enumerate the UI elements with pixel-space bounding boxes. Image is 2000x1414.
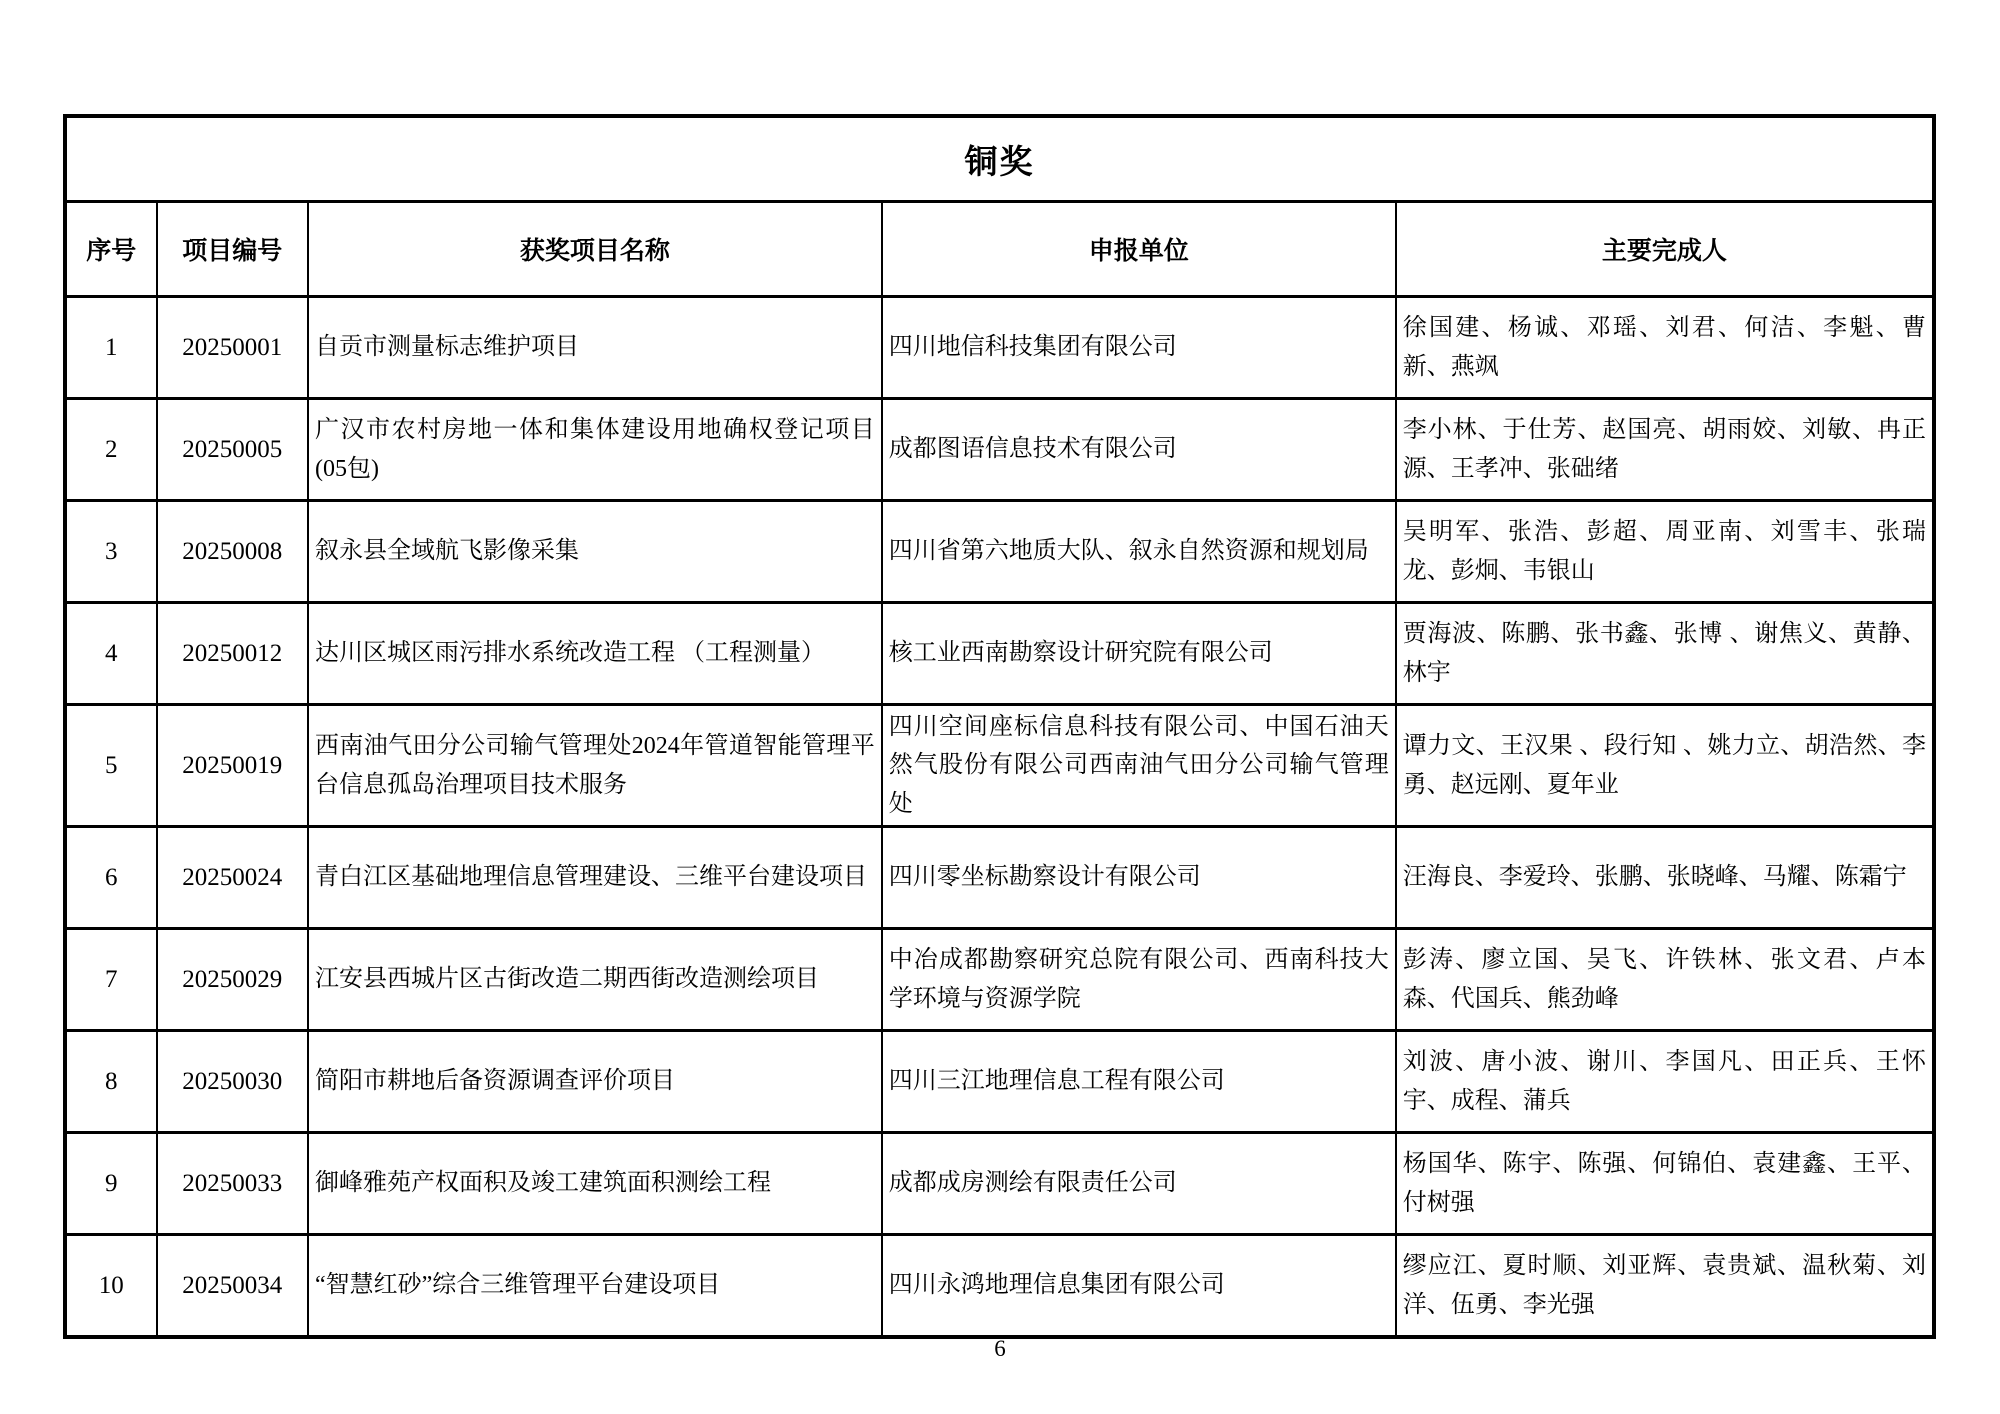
project-code-cell: 20250029	[157, 929, 308, 1031]
project-name-cell: 广汉市农村房地一体和集体建设用地确权登记项目(05包)	[308, 399, 882, 501]
completers-cell: 刘波、唐小波、谢川、李国凡、田正兵、王怀宇、成程、蒲兵	[1396, 1031, 1934, 1133]
applicant-org-cell: 成都成房测绘有限责任公司	[882, 1133, 1396, 1235]
table-row: 3 20250008 叙永县全域航飞影像采集 四川省第六地质大队、叙永自然资源和…	[65, 501, 1934, 603]
header-row: 序号项目编号获奖项目名称申报单位主要完成人	[65, 202, 1934, 297]
applicant-org-cell: 四川零坐标勘察设计有限公司	[882, 827, 1396, 929]
completers-cell: 贾海波、陈鹏、张书鑫、张博 、谢焦义、黄静、林宇	[1396, 603, 1934, 705]
title-row: 铜奖	[65, 116, 1934, 202]
table-row: 2 20250005 广汉市农村房地一体和集体建设用地确权登记项目(05包) 成…	[65, 399, 1934, 501]
project-code-cell: 20250001	[157, 297, 308, 399]
project-code-cell: 20250033	[157, 1133, 308, 1235]
column-header: 主要完成人	[1396, 202, 1934, 297]
project-code-cell: 20250030	[157, 1031, 308, 1133]
completers-cell: 杨国华、陈宇、陈强、何锦伯、袁建鑫、王平、付树强	[1396, 1133, 1934, 1235]
project-name-cell: 江安县西城片区古街改造二期西街改造测绘项目	[308, 929, 882, 1031]
applicant-org-cell: 四川空间座标信息科技有限公司、中国石油天然气股份有限公司西南油气田分公司输气管理…	[882, 705, 1396, 827]
project-name-cell: “智慧红砂”综合三维管理平台建设项目	[308, 1235, 882, 1338]
column-header: 申报单位	[882, 202, 1396, 297]
project-name-cell: 简阳市耕地后备资源调查评价项目	[308, 1031, 882, 1133]
table-row: 4 20250012 达川区城区雨污排水系统改造工程 （工程测量） 核工业西南勘…	[65, 603, 1934, 705]
completers-cell: 吴明军、张浩、彭超、周亚南、刘雪丰、张瑞龙、彭炯、韦银山	[1396, 501, 1934, 603]
bronze-award-table: 铜奖 序号项目编号获奖项目名称申报单位主要完成人 1 20250001 自贡市测…	[63, 114, 1936, 1339]
completers-cell: 徐国建、杨诚、邓瑶、刘君、何洁、李魁、曹新、燕飒	[1396, 297, 1934, 399]
row-number-cell: 4	[65, 603, 157, 705]
completers-cell: 谭力文、王汉果 、段行知 、姚力立、胡浩然、李勇、赵远刚、夏年业	[1396, 705, 1934, 827]
project-code-cell: 20250034	[157, 1235, 308, 1338]
applicant-org-cell: 四川省第六地质大队、叙永自然资源和规划局	[882, 501, 1396, 603]
project-code-cell: 20250008	[157, 501, 308, 603]
table-title: 铜奖	[65, 116, 1934, 202]
row-number-cell: 9	[65, 1133, 157, 1235]
row-number-cell: 7	[65, 929, 157, 1031]
applicant-org-cell: 核工业西南勘察设计研究院有限公司	[882, 603, 1396, 705]
page-number: 6	[0, 1336, 2000, 1362]
table-body: 1 20250001 自贡市测量标志维护项目 四川地信科技集团有限公司 徐国建、…	[65, 297, 1934, 1338]
applicant-org-cell: 四川三江地理信息工程有限公司	[882, 1031, 1396, 1133]
applicant-org-cell: 四川永鸿地理信息集团有限公司	[882, 1235, 1396, 1338]
row-number-cell: 8	[65, 1031, 157, 1133]
project-name-cell: 御峰雅苑产权面积及竣工建筑面积测绘工程	[308, 1133, 882, 1235]
row-number-cell: 2	[65, 399, 157, 501]
completers-cell: 彭涛、廖立国、吴飞、许铁林、张文君、卢本森、代国兵、熊劲峰	[1396, 929, 1934, 1031]
table-row: 6 20250024 青白江区基础地理信息管理建设、三维平台建设项目 四川零坐标…	[65, 827, 1934, 929]
applicant-org-cell: 四川地信科技集团有限公司	[882, 297, 1396, 399]
applicant-org-cell: 成都图语信息技术有限公司	[882, 399, 1396, 501]
completers-cell: 李小林、于仕芳、赵国亮、胡雨姣、刘敏、冉正源、王孝冲、张础绪	[1396, 399, 1934, 501]
row-number-cell: 3	[65, 501, 157, 603]
column-header: 项目编号	[157, 202, 308, 297]
project-name-cell: 青白江区基础地理信息管理建设、三维平台建设项目	[308, 827, 882, 929]
table-row: 7 20250029 江安县西城片区古街改造二期西街改造测绘项目 中冶成都勘察研…	[65, 929, 1934, 1031]
table-row: 8 20250030 简阳市耕地后备资源调查评价项目 四川三江地理信息工程有限公…	[65, 1031, 1934, 1133]
column-header: 序号	[65, 202, 157, 297]
table-row: 1 20250001 自贡市测量标志维护项目 四川地信科技集团有限公司 徐国建、…	[65, 297, 1934, 399]
row-number-cell: 10	[65, 1235, 157, 1338]
completers-cell: 缪应江、夏时顺、刘亚辉、袁贵斌、温秋菊、刘洋、伍勇、李光强	[1396, 1235, 1934, 1338]
project-name-cell: 叙永县全域航飞影像采集	[308, 501, 882, 603]
project-code-cell: 20250012	[157, 603, 308, 705]
table-row: 10 20250034 “智慧红砂”综合三维管理平台建设项目 四川永鸿地理信息集…	[65, 1235, 1934, 1338]
project-name-cell: 自贡市测量标志维护项目	[308, 297, 882, 399]
project-name-cell: 达川区城区雨污排水系统改造工程 （工程测量）	[308, 603, 882, 705]
row-number-cell: 1	[65, 297, 157, 399]
row-number-cell: 5	[65, 705, 157, 827]
project-code-cell: 20250005	[157, 399, 308, 501]
applicant-org-cell: 中冶成都勘察研究总院有限公司、西南科技大学环境与资源学院	[882, 929, 1396, 1031]
project-name-cell: 西南油气田分公司输气管理处2024年管道智能管理平台信息孤岛治理项目技术服务	[308, 705, 882, 827]
table-row: 9 20250033 御峰雅苑产权面积及竣工建筑面积测绘工程 成都成房测绘有限责…	[65, 1133, 1934, 1235]
row-number-cell: 6	[65, 827, 157, 929]
table-row: 5 20250019 西南油气田分公司输气管理处2024年管道智能管理平台信息孤…	[65, 705, 1934, 827]
project-code-cell: 20250024	[157, 827, 308, 929]
column-header: 获奖项目名称	[308, 202, 882, 297]
completers-cell: 汪海良、李爱玲、张鹏、张晓峰、马耀、陈霜宁	[1396, 827, 1934, 929]
project-code-cell: 20250019	[157, 705, 308, 827]
award-table-container: 铜奖 序号项目编号获奖项目名称申报单位主要完成人 1 20250001 自贡市测…	[63, 114, 1936, 1339]
